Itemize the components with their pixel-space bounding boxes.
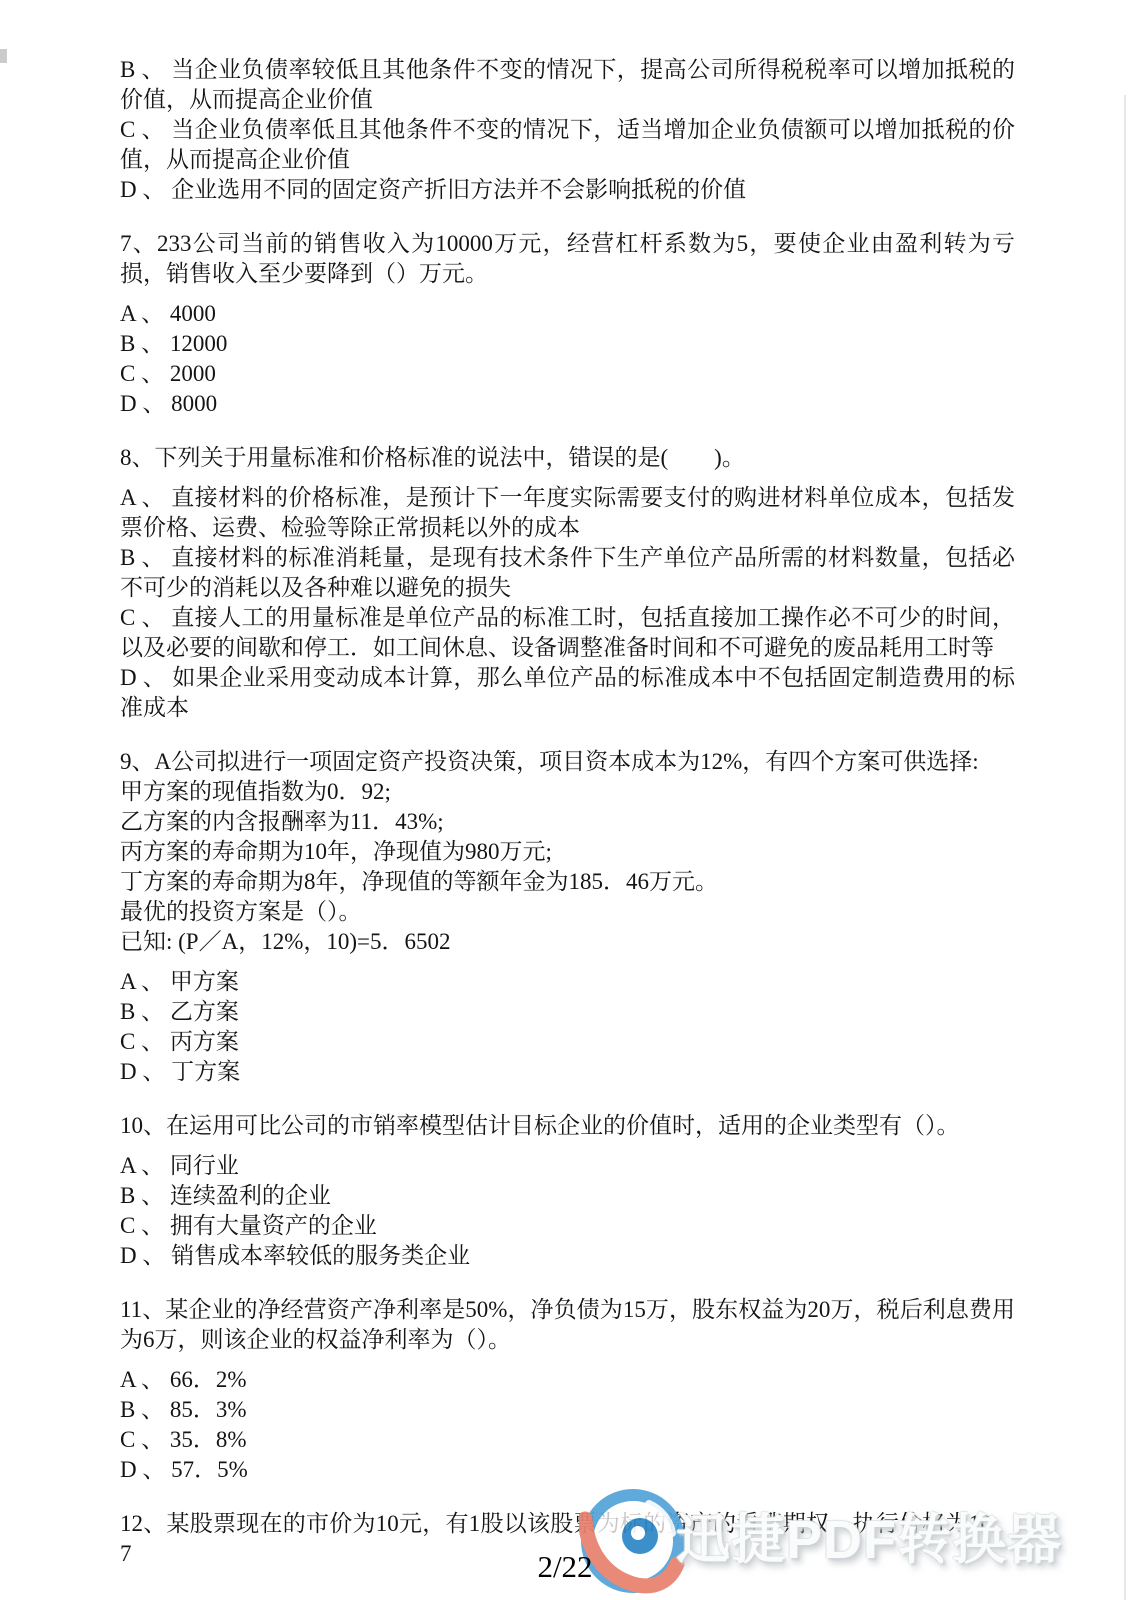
question-9-plan-bing: 丙方案的寿命期为10年，净现值为980万元; bbox=[120, 837, 1015, 867]
question-9: 9、A公司拟进行一项固定资产投资决策，项目资本成本为12%，有四个方案可供选择:… bbox=[120, 747, 1015, 1087]
question-8-text: 8、下列关于用量标准和价格标准的说法中，错误的是( )。 bbox=[120, 443, 1015, 473]
question-10-option-c: C 、 拥有大量资产的企业 bbox=[120, 1211, 1015, 1241]
page-number: 2/22 bbox=[0, 1549, 1130, 1585]
question-7-option-c: C 、 2000 bbox=[120, 359, 1015, 389]
question-11-option-a: A 、 66．2% bbox=[120, 1365, 1015, 1395]
question-9-options: A 、 甲方案 B 、 乙方案 C 、 丙方案 D 、 丁方案 bbox=[120, 967, 1015, 1087]
scan-artifact-right bbox=[1124, 95, 1126, 1600]
question-7-option-a: A 、 4000 bbox=[120, 299, 1015, 329]
scan-artifact-left bbox=[0, 49, 7, 63]
question-8-option-b: B 、 直接材料的标准消耗量，是现有技术条件下生产单位产品所需的材料数量，包括必… bbox=[120, 543, 1015, 603]
question-9-prompt: 最优的投资方案是（）。 bbox=[120, 897, 1015, 927]
question-10: 10、在运用可比公司的市销率模型估计目标企业的价值时，适用的企业类型有（）。 A… bbox=[120, 1111, 1015, 1271]
document-page: B 、 当企业负债率较低且其他条件不变的情况下，提高公司所得税税率可以增加抵税的… bbox=[0, 0, 1130, 1600]
question-11-text: 11、某企业的净经营资产净利率是50%，净负债为15万，股东权益为20万，税后利… bbox=[120, 1295, 1015, 1355]
question-7-text: 7、233公司当前的销售收入为10000万元，经营杠杆系数为5，要使企业由盈利转… bbox=[120, 229, 1015, 289]
question-7-option-d: D 、 8000 bbox=[120, 389, 1015, 419]
question-11-option-d: D 、 57．5% bbox=[120, 1455, 1015, 1485]
question-10-options: A 、 同行业 B 、 连续盈利的企业 C 、 拥有大量资产的企业 D 、 销售… bbox=[120, 1151, 1015, 1271]
question-7: 7、233公司当前的销售收入为10000万元，经营杠杆系数为5，要使企业由盈利转… bbox=[120, 229, 1015, 419]
question-8-option-a: A 、 直接材料的价格标准，是预计下一年度实际需要支付的购进材料单位成本，包括发… bbox=[120, 483, 1015, 543]
carryover-option-c: C 、 当企业负债率低且其他条件不变的情况下，适当增加企业负债额可以增加抵税的价… bbox=[120, 115, 1015, 175]
question-11-option-c: C 、 35．8% bbox=[120, 1425, 1015, 1455]
question-7-option-b: B 、 12000 bbox=[120, 329, 1015, 359]
question-9-option-b: B 、 乙方案 bbox=[120, 997, 1015, 1027]
question-9-given: 已知: (P／A，12%，10)=5．6502 bbox=[120, 927, 1015, 957]
page-content: B 、 当企业负债率较低且其他条件不变的情况下，提高公司所得税税率可以增加抵税的… bbox=[120, 55, 1015, 1569]
carryover-option-b: B 、 当企业负债率较低且其他条件不变的情况下，提高公司所得税税率可以增加抵税的… bbox=[120, 55, 1015, 115]
question-11-options: A 、 66．2% B 、 85．3% C 、 35．8% D 、 57．5% bbox=[120, 1365, 1015, 1485]
question-9-text: 9、A公司拟进行一项固定资产投资决策，项目资本成本为12%，有四个方案可供选择: bbox=[120, 747, 1015, 777]
question-8-option-d: D 、 如果企业采用变动成本计算，那么单位产品的标准成本中不包括固定制造费用的标… bbox=[120, 663, 1015, 723]
question-9-plan-ding: 丁方案的寿命期为8年，净现值的等额年金为185．46万元。 bbox=[120, 867, 1015, 897]
question-8: 8、下列关于用量标准和价格标准的说法中，错误的是( )。 A 、 直接材料的价格… bbox=[120, 443, 1015, 723]
carryover-option-d: D 、 企业选用不同的固定资产折旧方法并不会影响抵税的价值 bbox=[120, 175, 1015, 205]
question-10-option-a: A 、 同行业 bbox=[120, 1151, 1015, 1181]
question-8-option-c: C 、 直接人工的用量标准是单位产品的标准工时，包括直接加工操作必不可少的时间，… bbox=[120, 603, 1015, 663]
question-9-plan-yi: 乙方案的内含报酬率为11．43%; bbox=[120, 807, 1015, 837]
question-10-option-d: D 、 销售成本率较低的服务类企业 bbox=[120, 1241, 1015, 1271]
question-9-plan-jia: 甲方案的现值指数为0．92; bbox=[120, 777, 1015, 807]
question-8-options: A 、 直接材料的价格标准，是预计下一年度实际需要支付的购进材料单位成本，包括发… bbox=[120, 483, 1015, 723]
question-9-option-a: A 、 甲方案 bbox=[120, 967, 1015, 997]
question-9-option-c: C 、 丙方案 bbox=[120, 1027, 1015, 1057]
question-10-option-b: B 、 连续盈利的企业 bbox=[120, 1181, 1015, 1211]
question-11: 11、某企业的净经营资产净利率是50%，净负债为15万，股东权益为20万，税后利… bbox=[120, 1295, 1015, 1485]
question-10-text: 10、在运用可比公司的市销率模型估计目标企业的价值时，适用的企业类型有（）。 bbox=[120, 1111, 1015, 1141]
question-7-options: A 、 4000 B 、 12000 C 、 2000 D 、 8000 bbox=[120, 299, 1015, 419]
question-9-option-d: D 、 丁方案 bbox=[120, 1057, 1015, 1087]
question-11-option-b: B 、 85．3% bbox=[120, 1395, 1015, 1425]
